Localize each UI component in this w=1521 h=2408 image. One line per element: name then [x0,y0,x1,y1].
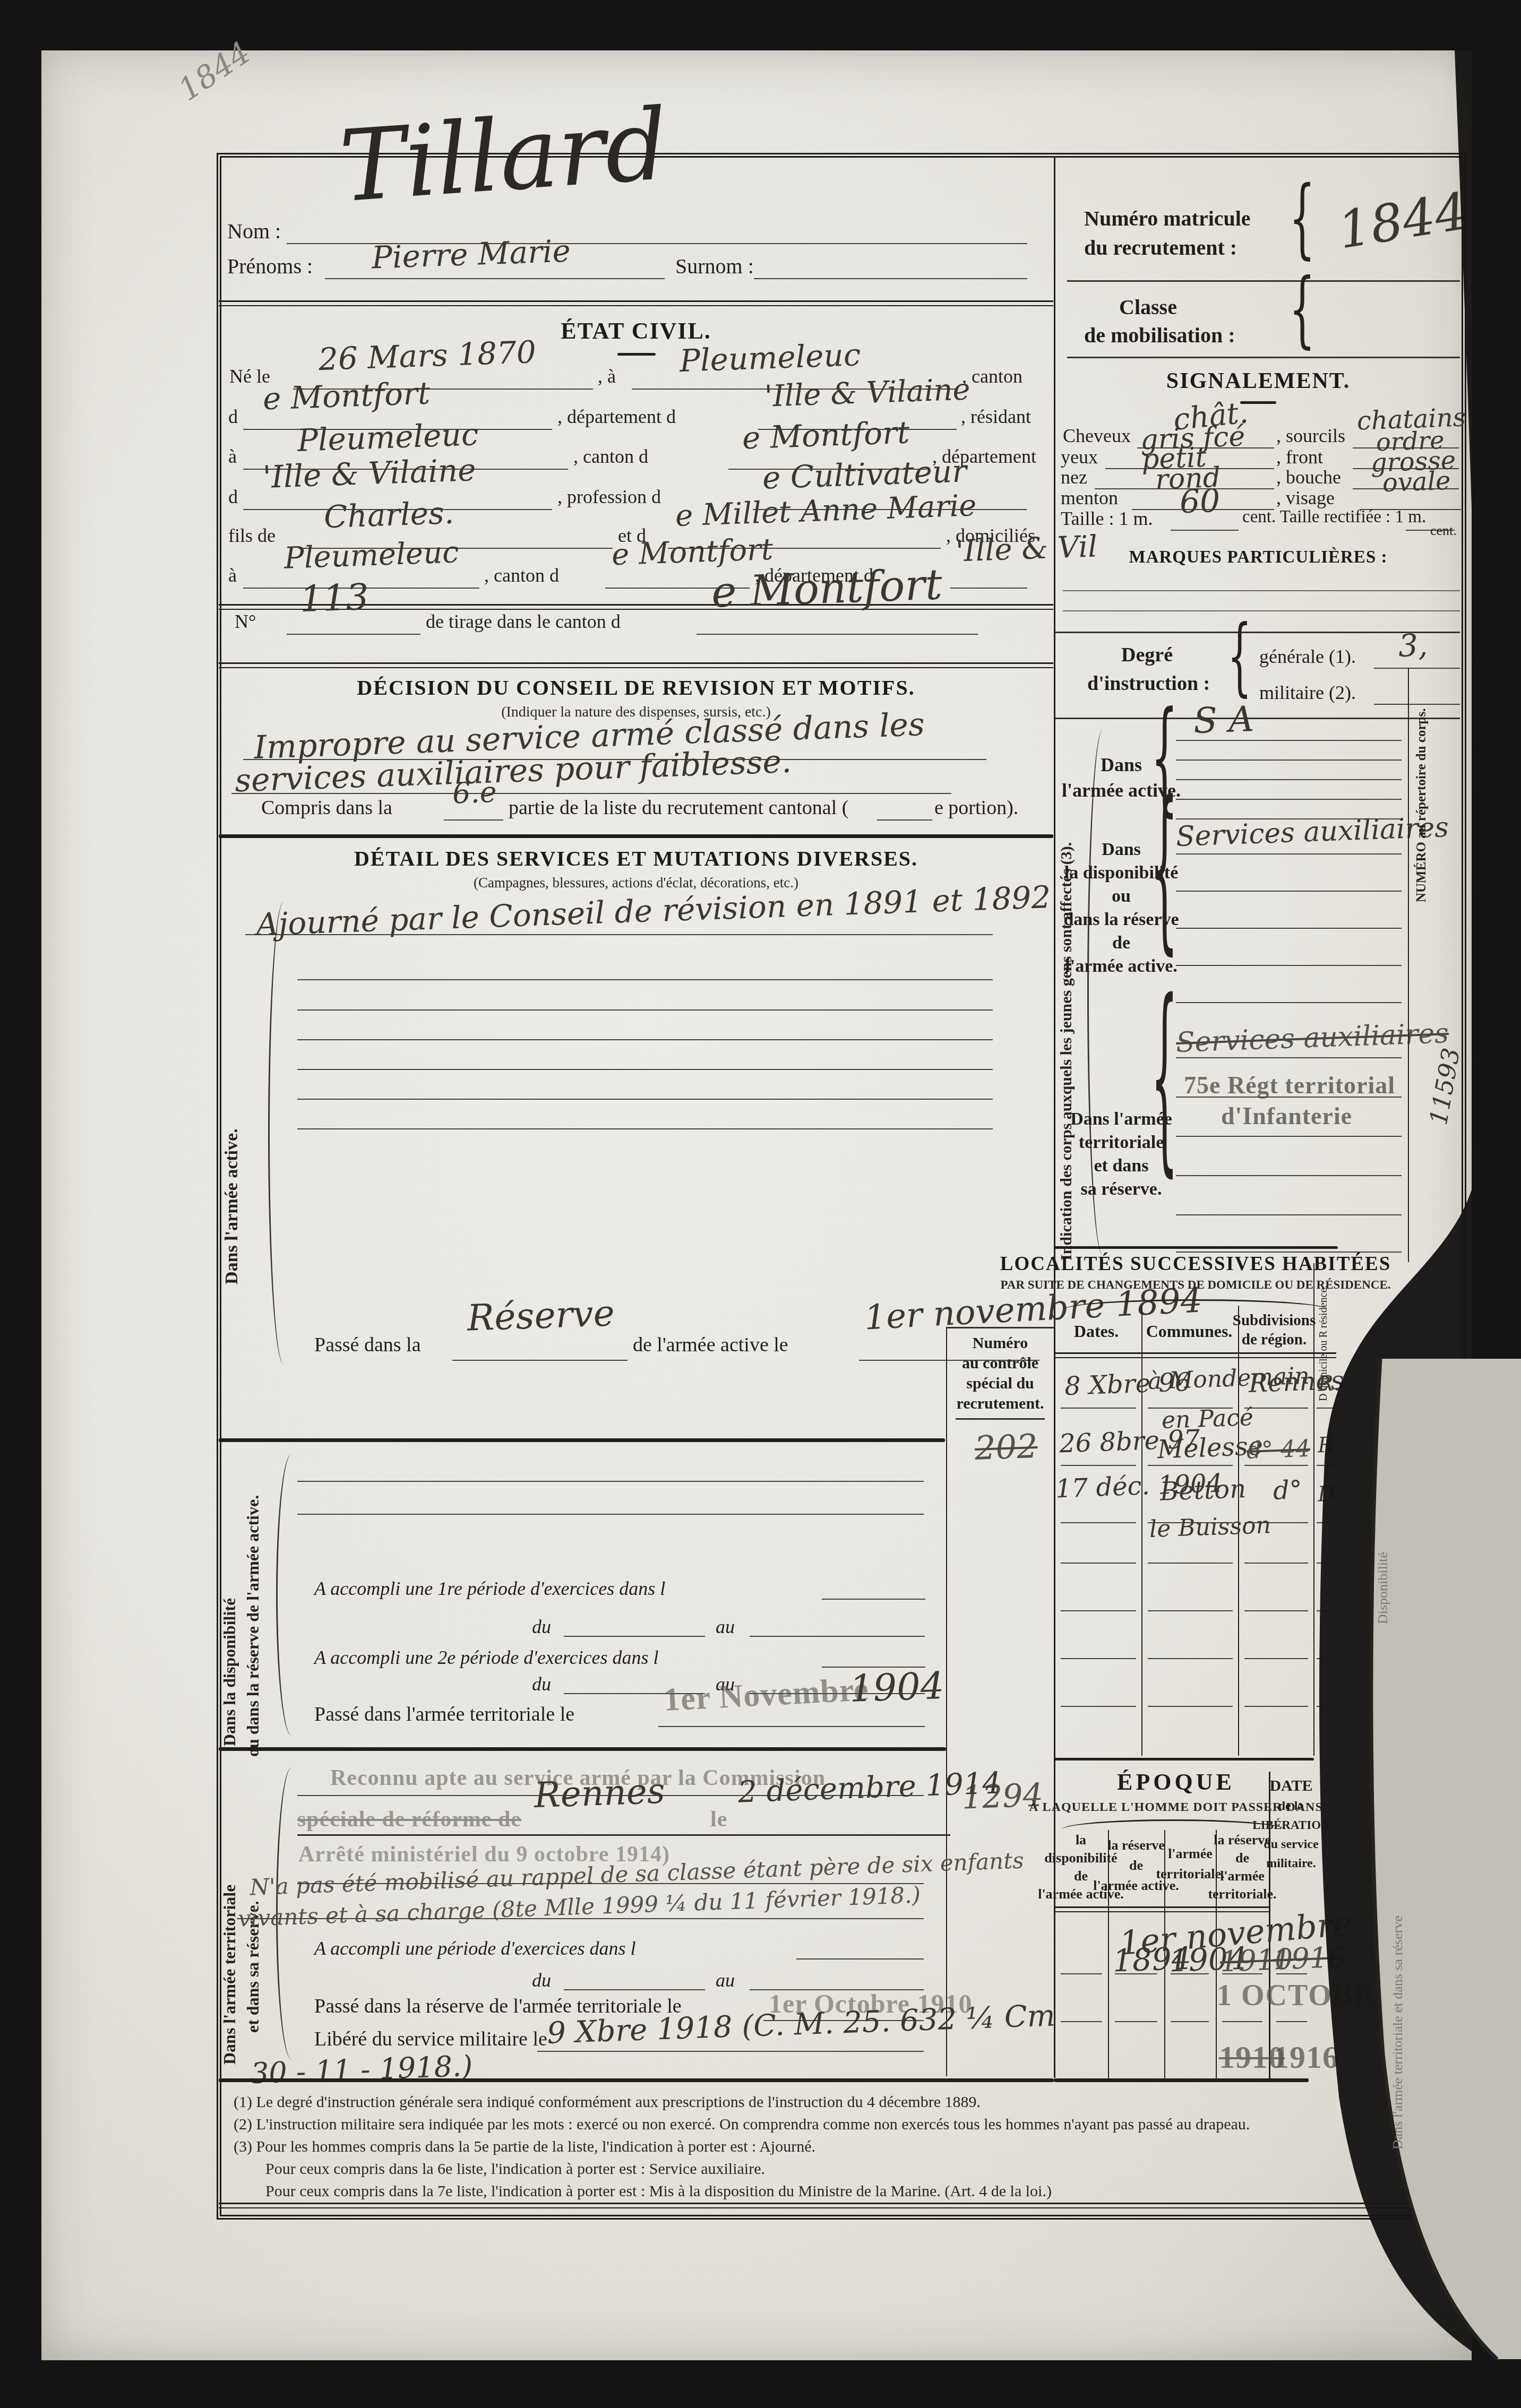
decision-line-2 [231,793,951,794]
rule-under-decision [219,834,1053,838]
matricule-label-2: du recrutement : [1084,235,1237,260]
passe-reserve-value: Réserve [467,1292,615,1340]
controle-column-top [946,1327,1054,1328]
passe-reserve-label-2: de l'armée active le [633,1333,788,1357]
localites-empty-line-4a [1061,1706,1136,1707]
epoque-col4-2: de [1235,1850,1249,1866]
matricule-label-1: Numéro matricule [1084,206,1251,231]
epoque-col3-1: l'armée [1168,1846,1213,1862]
departement-residence: 'Ille & Vilaine [262,452,477,495]
passe-territoriale-year: 1904 [849,1664,945,1711]
periode1-au-line [750,1636,925,1637]
controle-column-left-line [946,1327,947,2076]
a-label-1: , à [598,365,616,387]
next-page-fragment-2: Dans l'armée territoriale et dans sa rés… [1390,1672,1406,2150]
taille-label: Taille : 1 m. [1061,507,1153,530]
surnom-line [754,278,1027,279]
corps-g2-label-1: Dans [1102,840,1141,860]
periode2-label: A accompli une 2e période d'exercices da… [314,1646,659,1669]
territoriale-periode-line [796,1958,924,1960]
localites-r3-line-c [1148,1522,1233,1523]
epoque-title: ÉPOQUE [1117,1768,1235,1796]
detail-title: DÉTAIL DES SERVICES ET MUTATIONS DIVERSE… [354,846,918,871]
dispo-blank-2 [297,1514,924,1515]
compris-line-1 [444,819,503,821]
corps-g2-brace: { [1151,779,1178,957]
epoque-bottom-rule [1054,2078,1309,2082]
cheveux-label: Cheveux [1063,425,1131,447]
periode1-label: A accompli une 1re période d'exercices d… [314,1577,665,1600]
epoque-col4-4: territoriale. [1208,1886,1276,1902]
pere: Charles. [323,495,454,536]
localites-r3-commune-2: le Buisson [1149,1512,1271,1543]
mobilise-line-1 [297,1883,924,1884]
corps-g2-label-5: de [1112,933,1130,953]
localites-empty-line-1a [1061,1563,1136,1564]
libere-label: Libéré du service militaire le [314,2027,547,2051]
epoque-line-r1c4 [1222,1973,1262,1974]
epoque-col1-2: disponibilité [1044,1850,1117,1866]
localites-r3-commune-1: Betton [1159,1474,1247,1507]
territoriale-du-line [564,1989,705,1990]
controle-header-1: Numéro [973,1334,1028,1352]
canton-label-1: , canton [962,365,1022,387]
tirage-canton: e Montfort [711,559,943,617]
d-label-2: d [228,486,238,508]
epoque-line-r2c4 [1222,2021,1262,2022]
corps-rotated-label: Indication des corps auxquels les jeunes… [1058,724,1076,1261]
detail-subtitle: (Campagnes, blessures, actions d'éclat, … [474,875,798,891]
canton-naissance: e Montfort [262,375,431,417]
rule-under-tirage [219,662,1053,668]
rule-under-territoriale [219,2078,1054,2082]
next-page-fragment-1: Disponibilité [1375,1401,1391,1624]
commission-stamp-2: spéciale de réforme de [297,1807,521,1832]
epoque-line-r1c1 [1061,1973,1102,1974]
canton-residence: e Montfort [742,415,910,456]
controle-header-4: recrutement. [956,1395,1044,1413]
service-blank-6 [297,1128,993,1129]
passe-reserve-label-1: Passé dans la [314,1333,421,1357]
localites-empty-line-1b [1148,1563,1233,1564]
disponibilite-rotated-label-2: ou dans la réserve de l'armée active. [243,1449,263,1757]
main-vertical-divider [1054,157,1055,2078]
tirage-no-label: N° [235,610,256,633]
profession-d-label: , profession d [557,486,661,508]
service-blank-3 [297,1039,993,1040]
periode1-du-line [564,1636,705,1637]
controle-header-2: au contrôle [962,1354,1038,1373]
footnote-1: (1) Le degré d'instruction générale sera… [234,2093,981,2111]
register-photo: 1844 Tillard Nom : Prénoms : Pierre Mari… [0,0,1521,2408]
d-label-1: d [228,405,238,428]
epoque-line-r2c1 [1061,2021,1102,2022]
epoque-col1-3: de [1074,1868,1088,1884]
nom-handwritten: Tillard [336,87,672,225]
menton-label: menton [1061,487,1118,509]
ajourne-underline [245,934,993,935]
passe-territoriale-line [658,1726,925,1727]
localites-r3-line-d [1061,1522,1136,1523]
libere-line [537,2051,924,2052]
epoque-col1-1: la [1076,1832,1086,1848]
departement-d-label-1: , département d [557,405,676,428]
etat-civil-title: ÉTAT CIVIL. [561,317,711,344]
territoriale-au: au [716,1969,735,1991]
localites-r1-line-c [1148,1408,1233,1409]
service-blank-5 [297,1099,993,1100]
footnote-4: Pour ceux compris dans la 6e liste, l'in… [265,2160,765,2178]
taille-value: 60 [1179,482,1221,521]
epoque-line-r2c2 [1115,2021,1157,2022]
nez-label: nez [1061,466,1087,488]
compris-line-2 [877,819,932,821]
line-departement-domicile [950,588,1027,589]
periode1-line [822,1599,925,1600]
fils-de-label: fils de [228,524,276,547]
line-tirage-value [287,634,420,635]
localites-empty-line-3a [1061,1658,1136,1659]
epoque-line-r1c2 [1115,1973,1157,1974]
localites-col-dates: Dates. [1074,1322,1119,1341]
commission-le: le [710,1807,727,1832]
localites-r2-line-d [1061,1465,1136,1466]
canton-d-label-2: , canton d [484,564,559,586]
periode1-du: du [532,1616,551,1638]
corps-g1-value: S A [1193,698,1254,741]
passe-reserve-line-1 [452,1360,628,1361]
corps-g1-label-1: Dans [1101,754,1142,776]
corps-g3-label-3: et dans [1094,1156,1149,1176]
a-label-2: à [228,445,237,468]
line-tirage-canton [697,634,978,635]
commission-line-2 [297,1834,950,1836]
service-blank-2 [297,1009,993,1011]
epoque-col2-2: de [1129,1858,1143,1874]
localites-r2-line-c [1148,1465,1233,1466]
corps-g2-label-3: ou [1112,886,1131,907]
canton-d-label-1: , canton d [573,445,648,468]
compris-label-1: Compris dans la [261,796,392,819]
rule-under-disponibilite [219,1747,946,1751]
controle-header-underline [956,1418,1045,1420]
footnote-5: Pour ceux compris dans la 7e liste, l'in… [265,2182,1052,2200]
service-blank-1 [297,979,993,980]
line-taille [1171,530,1239,531]
localites-empty-line-2a [1061,1610,1136,1611]
lieu-naissance: Pleumeleuc [679,336,861,379]
epoque-col2-1: la réserve [1107,1837,1165,1853]
armee-active-rotated-label: Dans l'armée active. [222,955,242,1284]
disponibilite-rotated-label-1: Dans la disponibilité [220,1460,239,1746]
epoque-vline-1 [1108,1830,1109,2079]
surnom-label: Surnom : [675,254,754,279]
corps-g3-brace: { [1151,976,1178,1179]
commission-ville: Rennes [534,1771,666,1816]
compris-label-2: partie de la liste du recrutement canton… [509,796,848,819]
residant-label: , résidant [961,405,1031,428]
prenoms-label: Prénoms : [227,254,313,279]
prenoms-handwritten: Pierre Marie [371,232,571,275]
rule-under-armee-active [219,1438,945,1442]
epoque-col4-1: la réserve [1214,1832,1271,1848]
degre-label-2: d'instruction : [1087,672,1210,695]
a-label-3: à [228,564,237,586]
epoque-col4-3: l'armée [1220,1868,1265,1884]
localites-col-communes: Communes. [1146,1322,1233,1341]
controle-value-202: 202 [974,1427,1038,1468]
classe-label-1: Classe [1119,295,1177,320]
footnote-2: (2) L'instruction militaire sera indiqué… [234,2116,1250,2134]
controle-header-3: spécial du [966,1375,1034,1393]
footnote-3: (3) Pour les hommes compris dans la 5e p… [234,2138,815,2156]
corps-g3-label-4: sa réserve. [1081,1179,1162,1199]
compris-label-3: e portion). [934,796,1018,819]
epoque-line-r1c3 [1171,1973,1209,1974]
naissance-date: 26 Mars 1870 [318,334,537,377]
localites-empty-line-3b [1148,1658,1233,1659]
passe-territoriale-label: Passé dans l'armée territoriale le [314,1703,574,1726]
dispo-blank-1 [297,1481,924,1482]
territoriale-rotated-label-1: Dans l'armée territoriale [220,1767,239,2065]
mobilise-line-2 [237,1918,924,1919]
localites-empty-line-4b [1148,1706,1233,1707]
decision-title: DÉCISION DU CONSEIL DE REVISION ET MOTIF… [357,675,915,700]
epoque-line-r2c3 [1171,2021,1209,2022]
territoriale-du: du [532,1969,551,1991]
classe-label-2: de mobilisation : [1084,323,1235,348]
service-blank-4 [297,1069,993,1070]
epoque-col3-2: territoriale. [1156,1866,1224,1882]
periode1-au: au [716,1616,735,1638]
localites-r1-line-d [1061,1408,1136,1409]
epoque-header-rule [1054,1906,1269,1912]
departement-domicile: 'Ille & Vil [955,529,1098,568]
tirage-value: 113 [299,576,369,620]
nom-label: Nom : [227,219,281,244]
domicile: Pleumeleuc [283,535,460,575]
rule-under-names [219,300,1053,306]
departement-naissance: 'Ille & Vilaine [764,372,971,413]
periode2-du: du [532,1673,551,1695]
tirage-texte: de tirage dans le canton d [426,610,621,633]
yeux-label: yeux [1061,446,1098,468]
degre-brace: { [1227,614,1252,698]
prenoms-line [325,278,665,279]
localites-empty-line-2b [1148,1610,1233,1611]
etat-civil-underline [617,353,656,356]
territoriale-periode-label: A accompli une période d'exercices dans … [314,1937,636,1960]
compris-value: 6.e [452,775,497,810]
degre-label-1: Degré [1121,643,1173,667]
